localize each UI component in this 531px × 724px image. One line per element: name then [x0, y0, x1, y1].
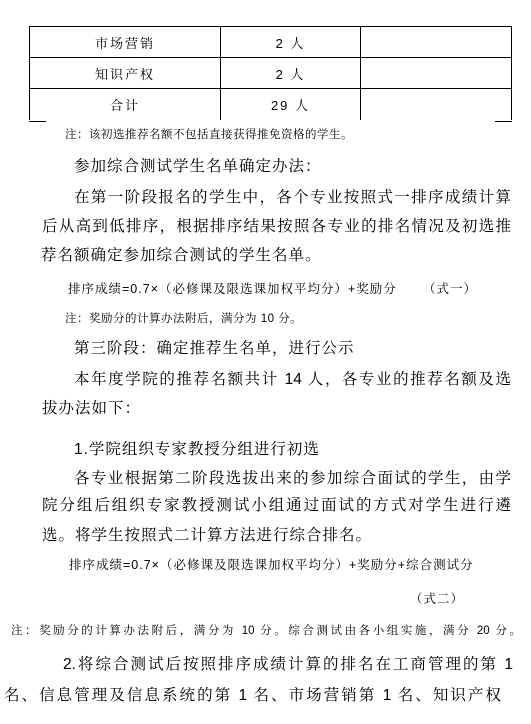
empty-cell: [361, 58, 512, 89]
body-line: 后从高到低排序，根据排序结果按照各专业的排名情况及初选推: [42, 218, 511, 236]
section-heading-stage-three: 第三阶段：确定推荐生名单，进行公示: [74, 340, 355, 358]
table-bottom-corner-left: [29, 121, 46, 122]
body-line: 在第一阶段报名的学生中，各个专业按照式一排序成绩计算: [74, 189, 511, 207]
body-line: 院分组后组织专家教授测试小组通过面试的方式对学生进行遴: [42, 497, 511, 515]
formula-one-footnote: 注：奖励分的计算办法附后，满分为 10 分。: [65, 313, 302, 326]
formula-two-footnote: 注：奖励分的计算办法附后，满分为 10 分。综合测试由各小组实施，满分 20 分…: [11, 625, 521, 638]
recommendation-quota-table: 市场营销 2 人 知识产权 2 人 合计 29 人: [29, 26, 512, 120]
table-footnote: 注：该初选推荐名额不包括直接获得推免资格的学生。: [65, 129, 353, 142]
quota-cell: 2 人: [221, 58, 361, 89]
quota-cell: 2 人: [221, 27, 361, 58]
formula-one-label: （式一）: [423, 282, 477, 296]
formula-two: 排序成绩=0.7×（必修课及限选课加权平均分）+奖励分+综合测试分: [69, 558, 474, 572]
table-row-total: 合计 29 人: [30, 89, 512, 120]
table-row-marketing: 市场营销 2 人: [30, 27, 512, 58]
list-item-2-line: 2.将综合测试后按照排序成绩计算的排名在工商管理的第 1: [63, 656, 513, 674]
body-line: 本年度学院的推荐名额共计 14 人，各专业的推荐名额及选: [74, 371, 511, 389]
body-line: 选。将学生按照式二计算方法进行综合排名。: [42, 527, 372, 545]
major-cell: 市场营销: [30, 27, 221, 58]
list-item-1-heading: 1.学院组织专家教授分组进行初选: [74, 441, 320, 459]
body-line: 荐名额确定参加综合测试的学生名单。: [41, 247, 322, 265]
empty-cell: [361, 27, 512, 58]
empty-cell: [361, 89, 512, 120]
body-line: 拔办法如下：: [42, 400, 141, 418]
total-quota-cell: 29 人: [221, 89, 361, 120]
document-page: 市场营销 2 人 知识产权 2 人 合计 29 人 注：该初选推荐名额不包括直接…: [0, 0, 531, 724]
formula-two-label: （式二）: [410, 592, 464, 606]
body-line: 各专业根据第二阶段选拔出来的参加综合面试的学生，由学: [74, 470, 511, 488]
section-heading-test-list-method: 参加综合测试学生名单确定办法：: [74, 158, 322, 176]
total-label-cell: 合计: [30, 89, 221, 120]
major-cell: 知识产权: [30, 58, 221, 89]
list-item-2-line: 名、信息管理及信息系统的第 1 名、市场营销第 1 名、知识产权: [4, 687, 501, 705]
formula-one: 排序成绩=0.7×（必修课及限选课加权平均分）+奖励分: [68, 282, 397, 296]
table-row-ip: 知识产权 2 人: [30, 58, 512, 89]
table-bottom-corner-right: [495, 121, 512, 122]
